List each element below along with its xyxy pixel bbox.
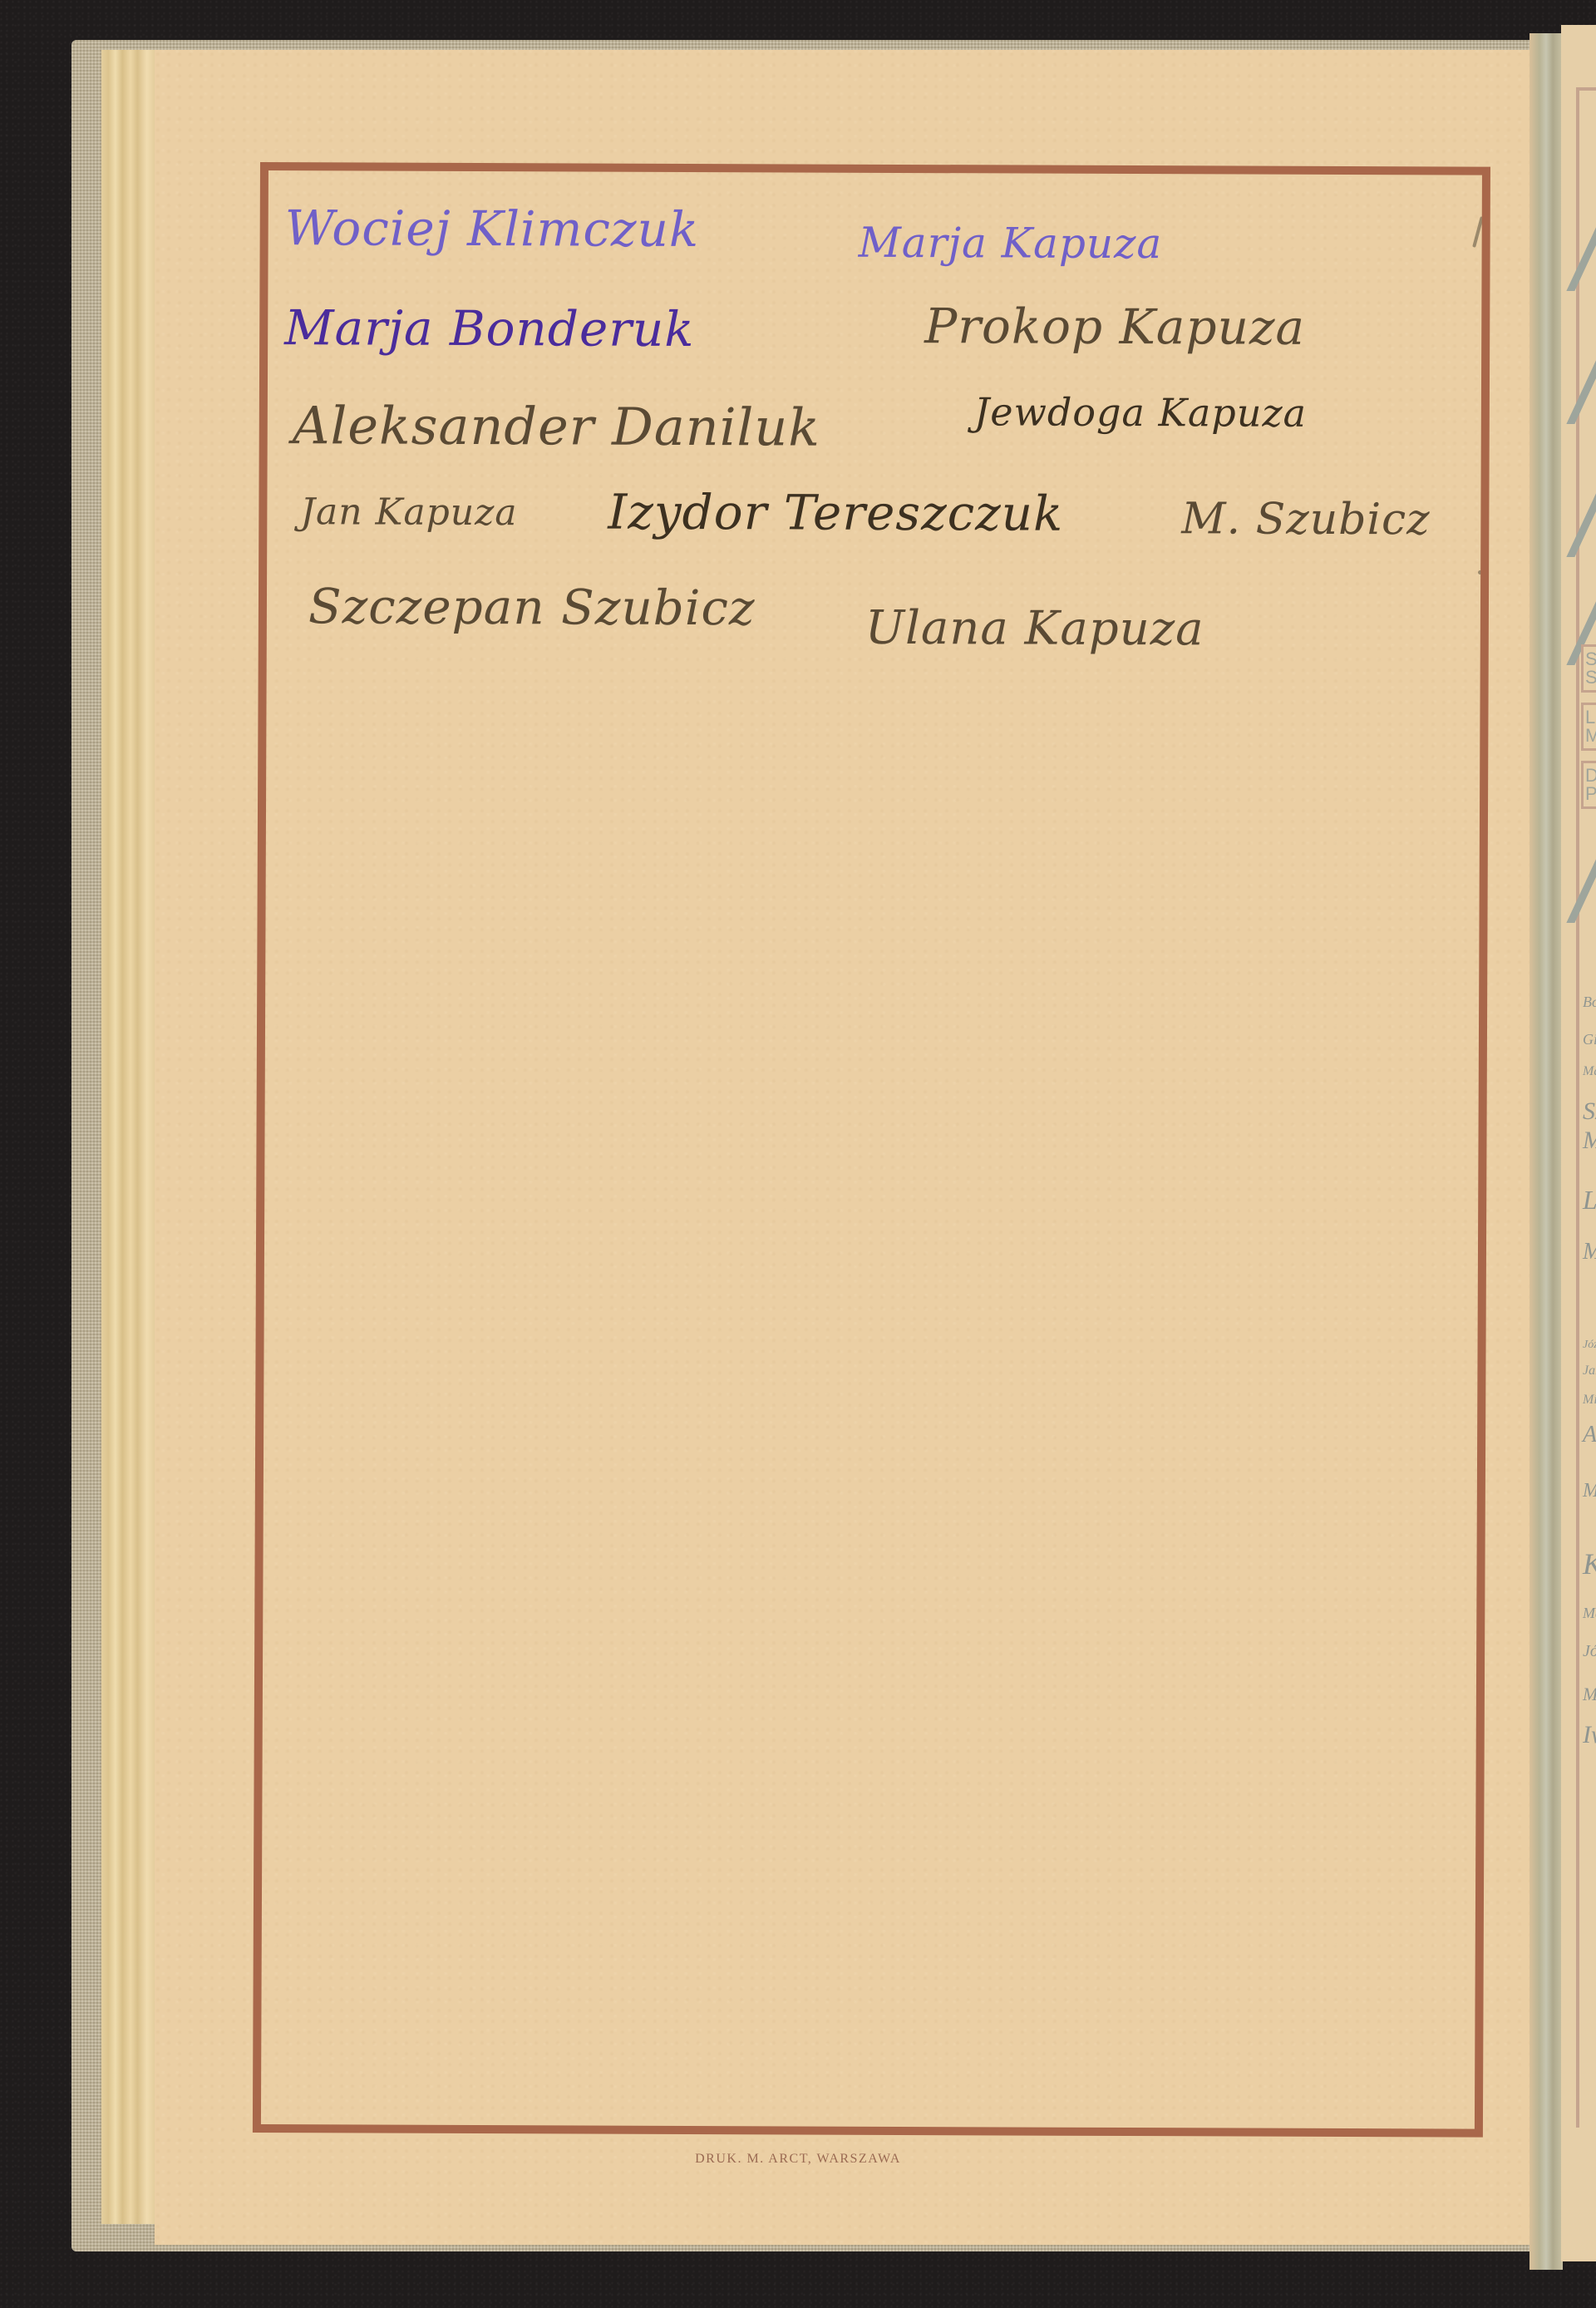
adjacent-label: SCHO SZKO [1581,644,1596,693]
signature: Ulana Kapuza [865,601,1204,657]
signature-list: Wociej Klimczuk Marja Kapuza Marja Bonde… [283,191,1474,678]
adjacent-page: SCHO SZKO LOCA MIEJS DISTR POW Boron Gid… [1561,25,1596,2261]
adjacent-handwriting: Mikl [1583,1239,1596,1265]
adjacent-handwriting: Szyj [1583,1097,1596,1126]
book-gutter [1529,33,1563,2270]
adjacent-handwriting: Ada [1583,1422,1596,1448]
signature: Marja Kapuza [859,219,1163,268]
signature-line: Marja Bonderuk Prokop Kapuza [284,295,1473,391]
signature: Jewdoga Kapuza [974,389,1307,436]
adjacent-label: LOCA MIEJS [1581,703,1596,751]
adjacent-handwriting: Boron [1583,994,1596,1011]
adjacent-handwriting: Marja [1583,1605,1596,1622]
adjacent-handwriting: Iwa [1583,1721,1596,1749]
printer-imprint: DRUK. M. ARCT, WARSZAWA [0,2152,1596,2167]
adjacent-handwriting: Józef [1583,1339,1596,1352]
signature: M. Szubicz [1181,494,1430,545]
signature-line: Wociej Klimczuk Marja Kapuza [284,191,1473,299]
adjacent-handwriting: Mart [1583,1684,1596,1705]
adjacent-handwriting: Józef M [1583,1642,1596,1661]
adjacent-handwriting: Michał [1583,1393,1596,1408]
adjacent-handwriting: Jan [1583,1364,1596,1378]
signature-line: Szczepan Szubicz Ulana Kapuza [283,574,1472,678]
signature-frame: Wociej Klimczuk Marja Kapuza Marja Bonde… [253,162,1490,2138]
adjacent-handwriting: Kon [1583,1546,1596,1581]
signature: Prokop Kapuza [924,298,1305,356]
adjacent-handwriting: Me [1583,1480,1596,1502]
adjacent-label: DISTR POW [1581,761,1596,809]
signature-line: Jan Kapuza Izydor Tereszczuk M. Szubicz [283,482,1472,578]
adjacent-handwriting: Math [1583,1127,1596,1155]
signature-line: Aleksander Daniluk Jewdoga Kapuza [284,387,1473,486]
signature: Wociej Klimczuk [285,200,700,258]
adjacent-handwriting: Gidal [1583,1031,1596,1048]
signature: Aleksander Daniluk [293,395,820,457]
signature: Marja Bonderuk [284,299,695,358]
page-edges [101,50,160,2224]
signature: Szczepan Szubicz [308,578,756,636]
adjacent-handwriting: Maria [1583,1064,1596,1079]
adjacent-handwriting: Lejko [1583,1185,1596,1216]
signature: Jan Kapuza [300,491,517,534]
signature: Izydor Tereszczuk [608,484,1063,542]
